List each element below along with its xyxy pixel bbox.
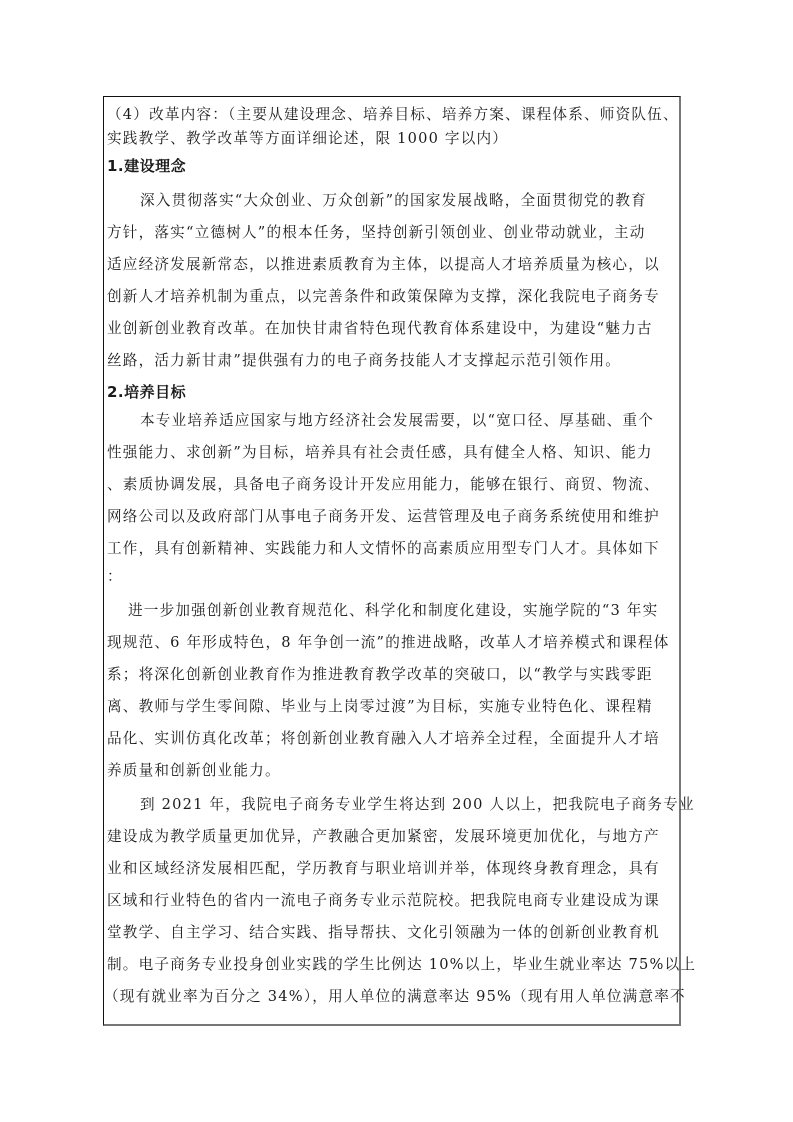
reform-content-cell: （4）改革内容：（主要从建设理念、培养目标、培养方案、课程体系、师资队伍、 实践… [103, 96, 681, 1026]
body-line: 适应经济发展新常态，以推进素质教育为主体，以提高人才培养质量为核心，以 [104, 253, 660, 274]
body-line: 方针，落实“立德树人”的根本任务，坚持创新引领创业、创业带动就业，主动 [104, 221, 646, 242]
body-line: （现有就业率为百分之 34%），用人单位的满意率达 95%（现有用人单位满意率不 [104, 985, 686, 1006]
body-line: 现规范、6 年形成特色，8 年争创一流”的推进战略，改革人才培养模式和课程体 [104, 631, 670, 652]
form-prompt-line: 实践教学、教学改革等方面详细论述，限 1000 字以内） [104, 127, 508, 148]
body-line: 制。电子商务专业投身创业实践的学生比例达 10%以上，毕业生就业率达 75%以上 [104, 953, 696, 974]
body-line: 离、教师与学生零间隙、毕业与上岗零过渡”为目标，实施专业特色化、课程精 [104, 695, 653, 716]
form-prompt-line: （4）改革内容：（主要从建设理念、培养目标、培养方案、课程体系、师资队伍、 [104, 103, 679, 124]
body-line: 养质量和创新创业能力。 [104, 759, 281, 780]
body-line: 区域和行业特色的省内一流电子商务专业示范院校。把我院电商专业建设成为课 [104, 889, 660, 910]
body-line: 进一步加强创新创业教育规范化、科学化和制度化建设，实施学院的“3 年实 [104, 599, 658, 620]
body-line: 工作，具有创新精神、实践能力和人文情怀的高素质应用型专门人才。具体如下 [104, 537, 660, 558]
body-line: 系；将深化创新创业教育作为推进教育教学改革的突破口，以“教学与实践零距 [104, 663, 653, 684]
body-line: 深入贯彻落实“大众创业、万众创新”的国家发展战略，全面贯彻党的教育 [104, 189, 647, 210]
body-line: 性强能力、求创新”为目标，培养具有社会责任感，具有健全人格、知识、能力 [104, 441, 653, 462]
body-line: 网络公司以及政府部门从事电子商务开发、运营管理及电子商务系统使用和维护 [104, 505, 660, 526]
section-heading-1: 1.建设理念 [104, 155, 186, 176]
body-line: 业创新创业教育改革。在加快甘肃省特色现代教育体系建设中，为建设“魅力古 [104, 317, 653, 338]
body-line: 堂教学、自主学习、结合实践、指导帮扶、文化引领融为一体的创新创业教育机 [104, 921, 660, 942]
body-line: 丝路，活力新甘肃”提供强有力的电子商务技能人才支撑起示范引领作用。 [104, 349, 621, 370]
body-line: 到 2021 年，我院电子商务专业学生将达到 200 人以上，把我院电子商务专业 [104, 793, 695, 814]
body-line: 、素质协调发展，具备电子商务设计开发应用能力，能够在银行、商贸、物流、 [104, 473, 660, 494]
body-line: 本专业培养适应国家与地方经济社会发展需要，以“宽口径、厚基础、重个 [104, 409, 654, 430]
body-line: 建设成为教学质量更加优异，产教融合更加紧密，发展环境更加优化，与地方产 [104, 825, 660, 846]
body-line: 业和区域经济发展相匹配，学历教育与职业培训并举，体现终身教育理念，具有 [104, 857, 660, 878]
body-line: 品化、实训仿真化改革；将创新创业教育融入人才培养全过程，全面提升人才培 [104, 727, 660, 748]
body-line: ： [104, 565, 123, 586]
section-heading-2: 2.培养目标 [104, 381, 186, 402]
body-line: 创新人才培养机制为重点，以完善条件和政策保障为支撑，深化我院电子商务专 [104, 285, 660, 306]
